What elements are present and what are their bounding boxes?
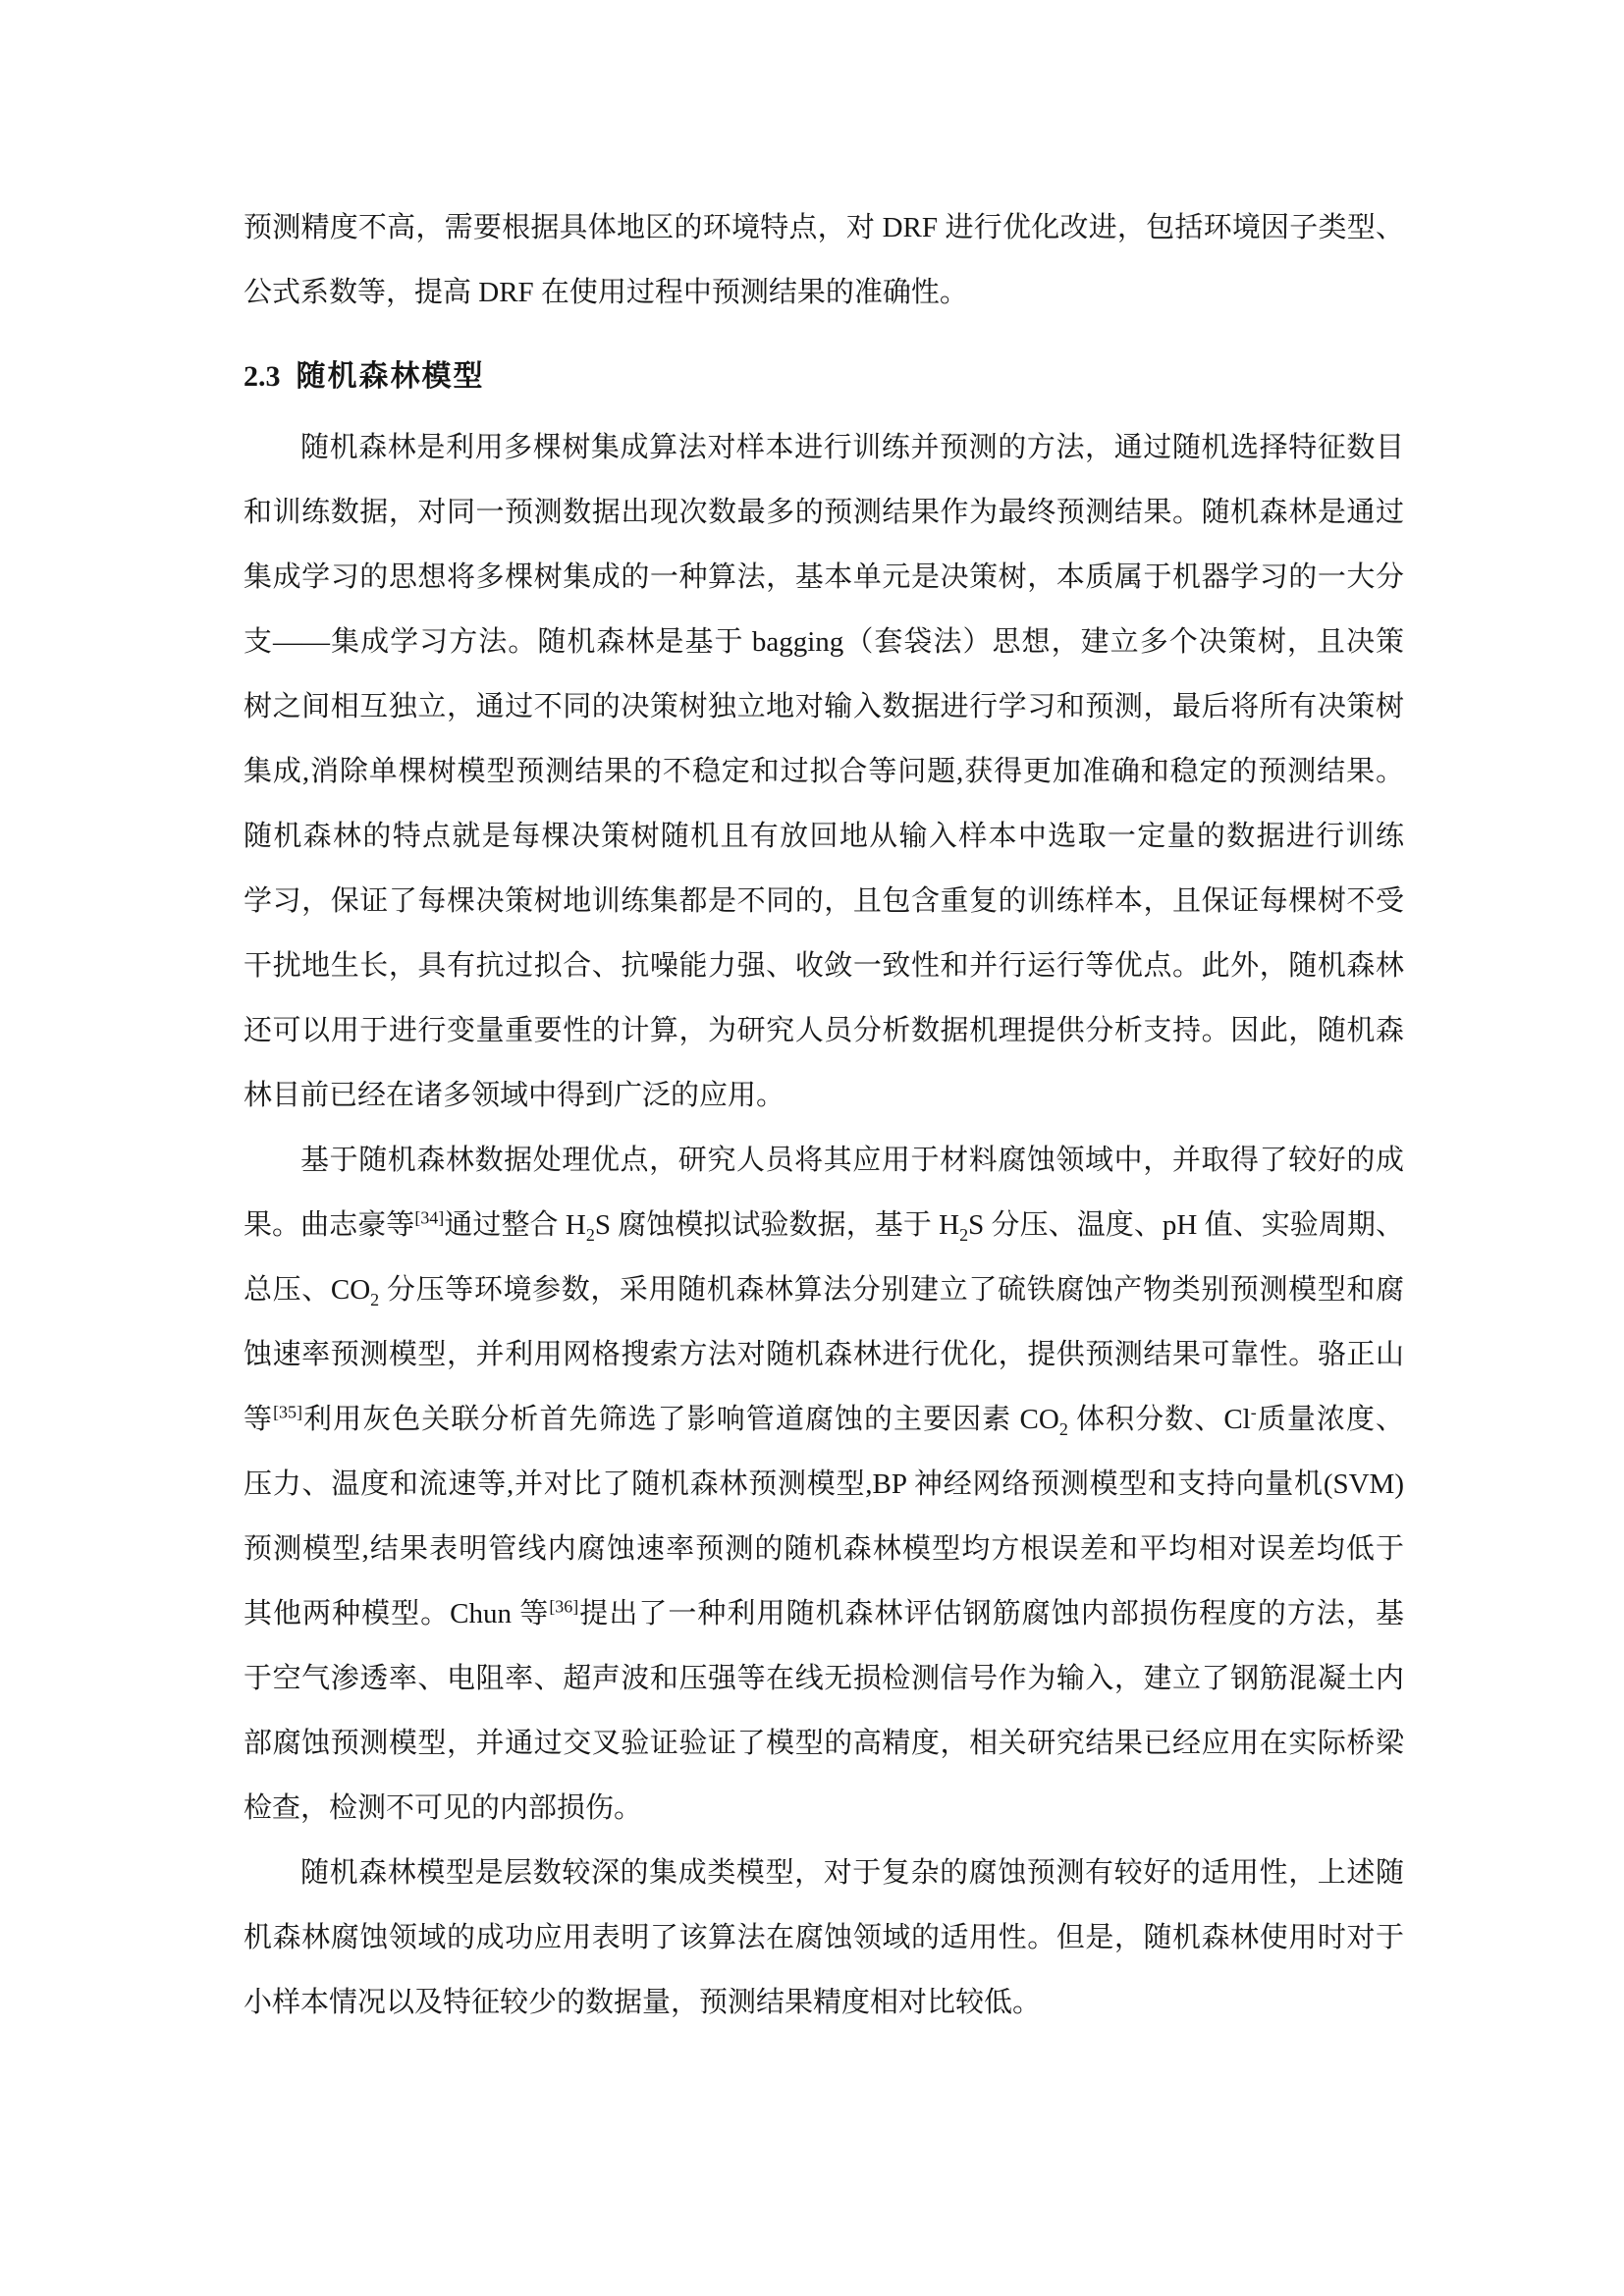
superscript-text: [36] bbox=[549, 1596, 578, 1616]
text-run: 体积分数、Cl bbox=[1068, 1404, 1251, 1435]
section-number: 2.3 bbox=[244, 360, 281, 393]
paragraph-random-forest-applications: 基于随机森林数据处理优点，研究人员将其应用于材料腐蚀领域中，并取得了较好的成果。… bbox=[244, 1128, 1404, 1841]
text-run: 提出了一种利用随机森林评估钢筋腐蚀内部损伤程度的方法，基 bbox=[578, 1598, 1404, 1629]
text-line: 小样本情况以及特征较少的数据量，预测结果精度相对比较低。 bbox=[244, 1970, 1404, 2035]
text-run: 集成学习的思想将多棵树集成的一种算法，基本单元是决策树，本质属于机器学习的一大分 bbox=[244, 561, 1404, 593]
text-run: 随机森林的特点就是每棵决策树随机且有放回地从输入样本中选取一定量的数据进行训练 bbox=[244, 821, 1404, 852]
text-line: 还可以用于进行变量重要性的计算，为研究人员分析数据机理提供分析支持。因此，随机森 bbox=[244, 998, 1404, 1063]
text-run: 林目前已经在诸多领域中得到广泛的应用。 bbox=[244, 1080, 785, 1111]
text-line: 检查，检测不可见的内部损伤。 bbox=[244, 1776, 1404, 1841]
text-line: 随机森林的特点就是每棵决策树随机且有放回地从输入样本中选取一定量的数据进行训练 bbox=[244, 804, 1404, 869]
text-run: 利用灰色关联分析首先筛选了影响管道腐蚀的主要因素 CO bbox=[302, 1404, 1059, 1435]
text-run: 压力、温度和流速等,并对比了随机森林预测模型,BP 神经网络预测模型和支持向量机… bbox=[244, 1468, 1404, 1500]
text-run: 和训练数据，对同一预测数据出现次数最多的预测结果作为最终预测结果。随机森林是通过 bbox=[244, 497, 1404, 528]
superscript-text: [35] bbox=[273, 1402, 302, 1421]
text-run: 随机森林模型是层数较深的集成类模型，对于复杂的腐蚀预测有较好的适用性，上述随 bbox=[300, 1857, 1404, 1889]
text-line: 公式系数等，提高 DRF 在使用过程中预测结果的准确性。 bbox=[244, 260, 1404, 325]
superscript-text: [34] bbox=[414, 1207, 444, 1227]
text-run: 学习，保证了每棵决策树地训练集都是不同的，且包含重复的训练样本，且保证每棵树不受 bbox=[244, 885, 1404, 917]
text-run: 小样本情况以及特征较少的数据量，预测结果精度相对比较低。 bbox=[244, 1987, 1041, 2018]
text-run: S 腐蚀模拟试验数据，基于 H bbox=[595, 1209, 959, 1241]
text-line: 预测模型,结果表明管线内腐蚀速率预测的随机森林模型均方根误差和平均相对误差均低于 bbox=[244, 1517, 1404, 1581]
text-line: 等[35]利用灰色关联分析首先筛选了影响管道腐蚀的主要因素 CO2 体积分数、C… bbox=[244, 1387, 1404, 1452]
text-line: 集成,消除单棵树模型预测结果的不稳定和过拟合等问题,获得更加准确和稳定的预测结果… bbox=[244, 739, 1404, 804]
text-run: 预测精度不高，需要根据具体地区的环境特点，对 DRF 进行优化改进，包括环境因子… bbox=[244, 212, 1404, 243]
subscript-text: 2 bbox=[959, 1225, 968, 1245]
text-run: 集成,消除单棵树模型预测结果的不稳定和过拟合等问题,获得更加准确和稳定的预测结果… bbox=[244, 756, 1404, 787]
subscript-text: 2 bbox=[586, 1225, 595, 1245]
text-line: 干扰地生长，具有抗过拟合、抗噪能力强、收敛一致性和并行运行等优点。此外，随机森林 bbox=[244, 934, 1404, 998]
text-line: 蚀速率预测模型，并利用网格搜索方法对随机森林进行优化，提供预测结果可靠性。骆正山 bbox=[244, 1322, 1404, 1387]
text-line: 其他两种模型。Chun 等[36]提出了一种利用随机森林评估钢筋腐蚀内部损伤程度… bbox=[244, 1581, 1404, 1646]
text-run: 总压、CO bbox=[244, 1274, 370, 1306]
text-run: 检查，检测不可见的内部损伤。 bbox=[244, 1792, 642, 1824]
text-run: 其他两种模型。Chun 等 bbox=[244, 1598, 549, 1629]
text-run: 支——集成学习方法。随机森林是基于 bagging（套袋法）思想，建立多个决策树… bbox=[244, 626, 1404, 658]
text-run: 蚀速率预测模型，并利用网格搜索方法对随机森林进行优化，提供预测结果可靠性。骆正山 bbox=[244, 1339, 1404, 1370]
text-line: 于空气渗透率、电阻率、超声波和压强等在线无损检测信号作为输入，建立了钢筋混凝土内 bbox=[244, 1646, 1404, 1711]
text-run: 质量浓度、 bbox=[1257, 1404, 1404, 1435]
text-run: 基于随机森林数据处理优点，研究人员将其应用于材料腐蚀领域中，并取得了较好的成 bbox=[300, 1145, 1404, 1176]
text-line: 预测精度不高，需要根据具体地区的环境特点，对 DRF 进行优化改进，包括环境因子… bbox=[244, 195, 1404, 260]
text-line: 支——集成学习方法。随机森林是基于 bagging（套袋法）思想，建立多个决策树… bbox=[244, 610, 1404, 674]
paragraph-drf-continuation: 预测精度不高，需要根据具体地区的环境特点，对 DRF 进行优化改进，包括环境因子… bbox=[244, 195, 1404, 325]
section-title: 随机森林模型 bbox=[297, 359, 485, 394]
text-line: 学习，保证了每棵决策树地训练集都是不同的，且包含重复的训练样本，且保证每棵树不受 bbox=[244, 869, 1404, 934]
subscript-text: 2 bbox=[370, 1290, 379, 1309]
section-heading: 2.3随机森林模型 bbox=[244, 345, 1404, 409]
text-line: 随机森林是利用多棵树集成算法对样本进行训练并预测的方法，通过随机选择特征数目 bbox=[244, 415, 1404, 480]
subscript-text: 2 bbox=[1059, 1419, 1068, 1439]
text-run: 预测模型,结果表明管线内腐蚀速率预测的随机森林模型均方根误差和平均相对误差均低于 bbox=[244, 1533, 1404, 1565]
text-run: 于空气渗透率、电阻率、超声波和压强等在线无损检测信号作为输入，建立了钢筋混凝土内 bbox=[244, 1663, 1404, 1694]
text-line: 树之间相互独立，通过不同的决策树独立地对输入数据进行学习和预测，最后将所有决策树 bbox=[244, 674, 1404, 739]
text-run: 通过整合 H bbox=[444, 1209, 586, 1241]
text-run: 机森林腐蚀领域的成功应用表明了该算法在腐蚀领域的适用性。但是，随机森林使用时对于 bbox=[244, 1922, 1404, 1953]
text-run: 树之间相互独立，通过不同的决策树独立地对输入数据进行学习和预测，最后将所有决策树 bbox=[244, 691, 1404, 722]
text-run: 等 bbox=[244, 1404, 273, 1435]
text-line: 随机森林模型是层数较深的集成类模型，对于复杂的腐蚀预测有较好的适用性，上述随 bbox=[244, 1841, 1404, 1905]
paragraph-random-forest-summary: 随机森林模型是层数较深的集成类模型，对于复杂的腐蚀预测有较好的适用性，上述随机森… bbox=[244, 1841, 1404, 2035]
text-line: 和训练数据，对同一预测数据出现次数最多的预测结果作为最终预测结果。随机森林是通过 bbox=[244, 480, 1404, 545]
paragraph-random-forest-intro: 随机森林是利用多棵树集成算法对样本进行训练并预测的方法，通过随机选择特征数目和训… bbox=[244, 415, 1404, 1128]
document-body: 预测精度不高，需要根据具体地区的环境特点，对 DRF 进行优化改进，包括环境因子… bbox=[244, 195, 1404, 2035]
text-run: 部腐蚀预测模型，并通过交叉验证验证了模型的高精度，相关研究结果已经应用在实际桥梁 bbox=[244, 1728, 1404, 1759]
text-line: 压力、温度和流速等,并对比了随机森林预测模型,BP 神经网络预测模型和支持向量机… bbox=[244, 1452, 1404, 1517]
text-line: 果。曲志豪等[34]通过整合 H2S 腐蚀模拟试验数据，基于 H2S 分压、温度… bbox=[244, 1193, 1404, 1257]
page: 预测精度不高，需要根据具体地区的环境特点，对 DRF 进行优化改进，包括环境因子… bbox=[0, 0, 1624, 2296]
text-run: 公式系数等，提高 DRF 在使用过程中预测结果的准确性。 bbox=[244, 277, 968, 308]
text-run: 果。曲志豪等 bbox=[244, 1209, 414, 1241]
text-line: 林目前已经在诸多领域中得到广泛的应用。 bbox=[244, 1063, 1404, 1128]
text-line: 部腐蚀预测模型，并通过交叉验证验证了模型的高精度，相关研究结果已经应用在实际桥梁 bbox=[244, 1711, 1404, 1776]
text-line: 机森林腐蚀领域的成功应用表明了该算法在腐蚀领域的适用性。但是，随机森林使用时对于 bbox=[244, 1905, 1404, 1970]
text-run: 随机森林是利用多棵树集成算法对样本进行训练并预测的方法，通过随机选择特征数目 bbox=[300, 432, 1404, 463]
text-line: 总压、CO2 分压等环境参数，采用随机森林算法分别建立了硫铁腐蚀产物类别预测模型… bbox=[244, 1257, 1404, 1322]
text-run: 分压等环境参数，采用随机森林算法分别建立了硫铁腐蚀产物类别预测模型和腐 bbox=[379, 1274, 1404, 1306]
text-line: 集成学习的思想将多棵树集成的一种算法，基本单元是决策树，本质属于机器学习的一大分 bbox=[244, 545, 1404, 610]
text-line: 基于随机森林数据处理优点，研究人员将其应用于材料腐蚀领域中，并取得了较好的成 bbox=[244, 1128, 1404, 1193]
text-run: S 分压、温度、pH 值、实验周期、 bbox=[968, 1209, 1404, 1241]
text-run: 干扰地生长，具有抗过拟合、抗噪能力强、收敛一致性和并行运行等优点。此外，随机森林 bbox=[244, 950, 1404, 982]
text-run: 还可以用于进行变量重要性的计算，为研究人员分析数据机理提供分析支持。因此，随机森 bbox=[244, 1015, 1404, 1046]
